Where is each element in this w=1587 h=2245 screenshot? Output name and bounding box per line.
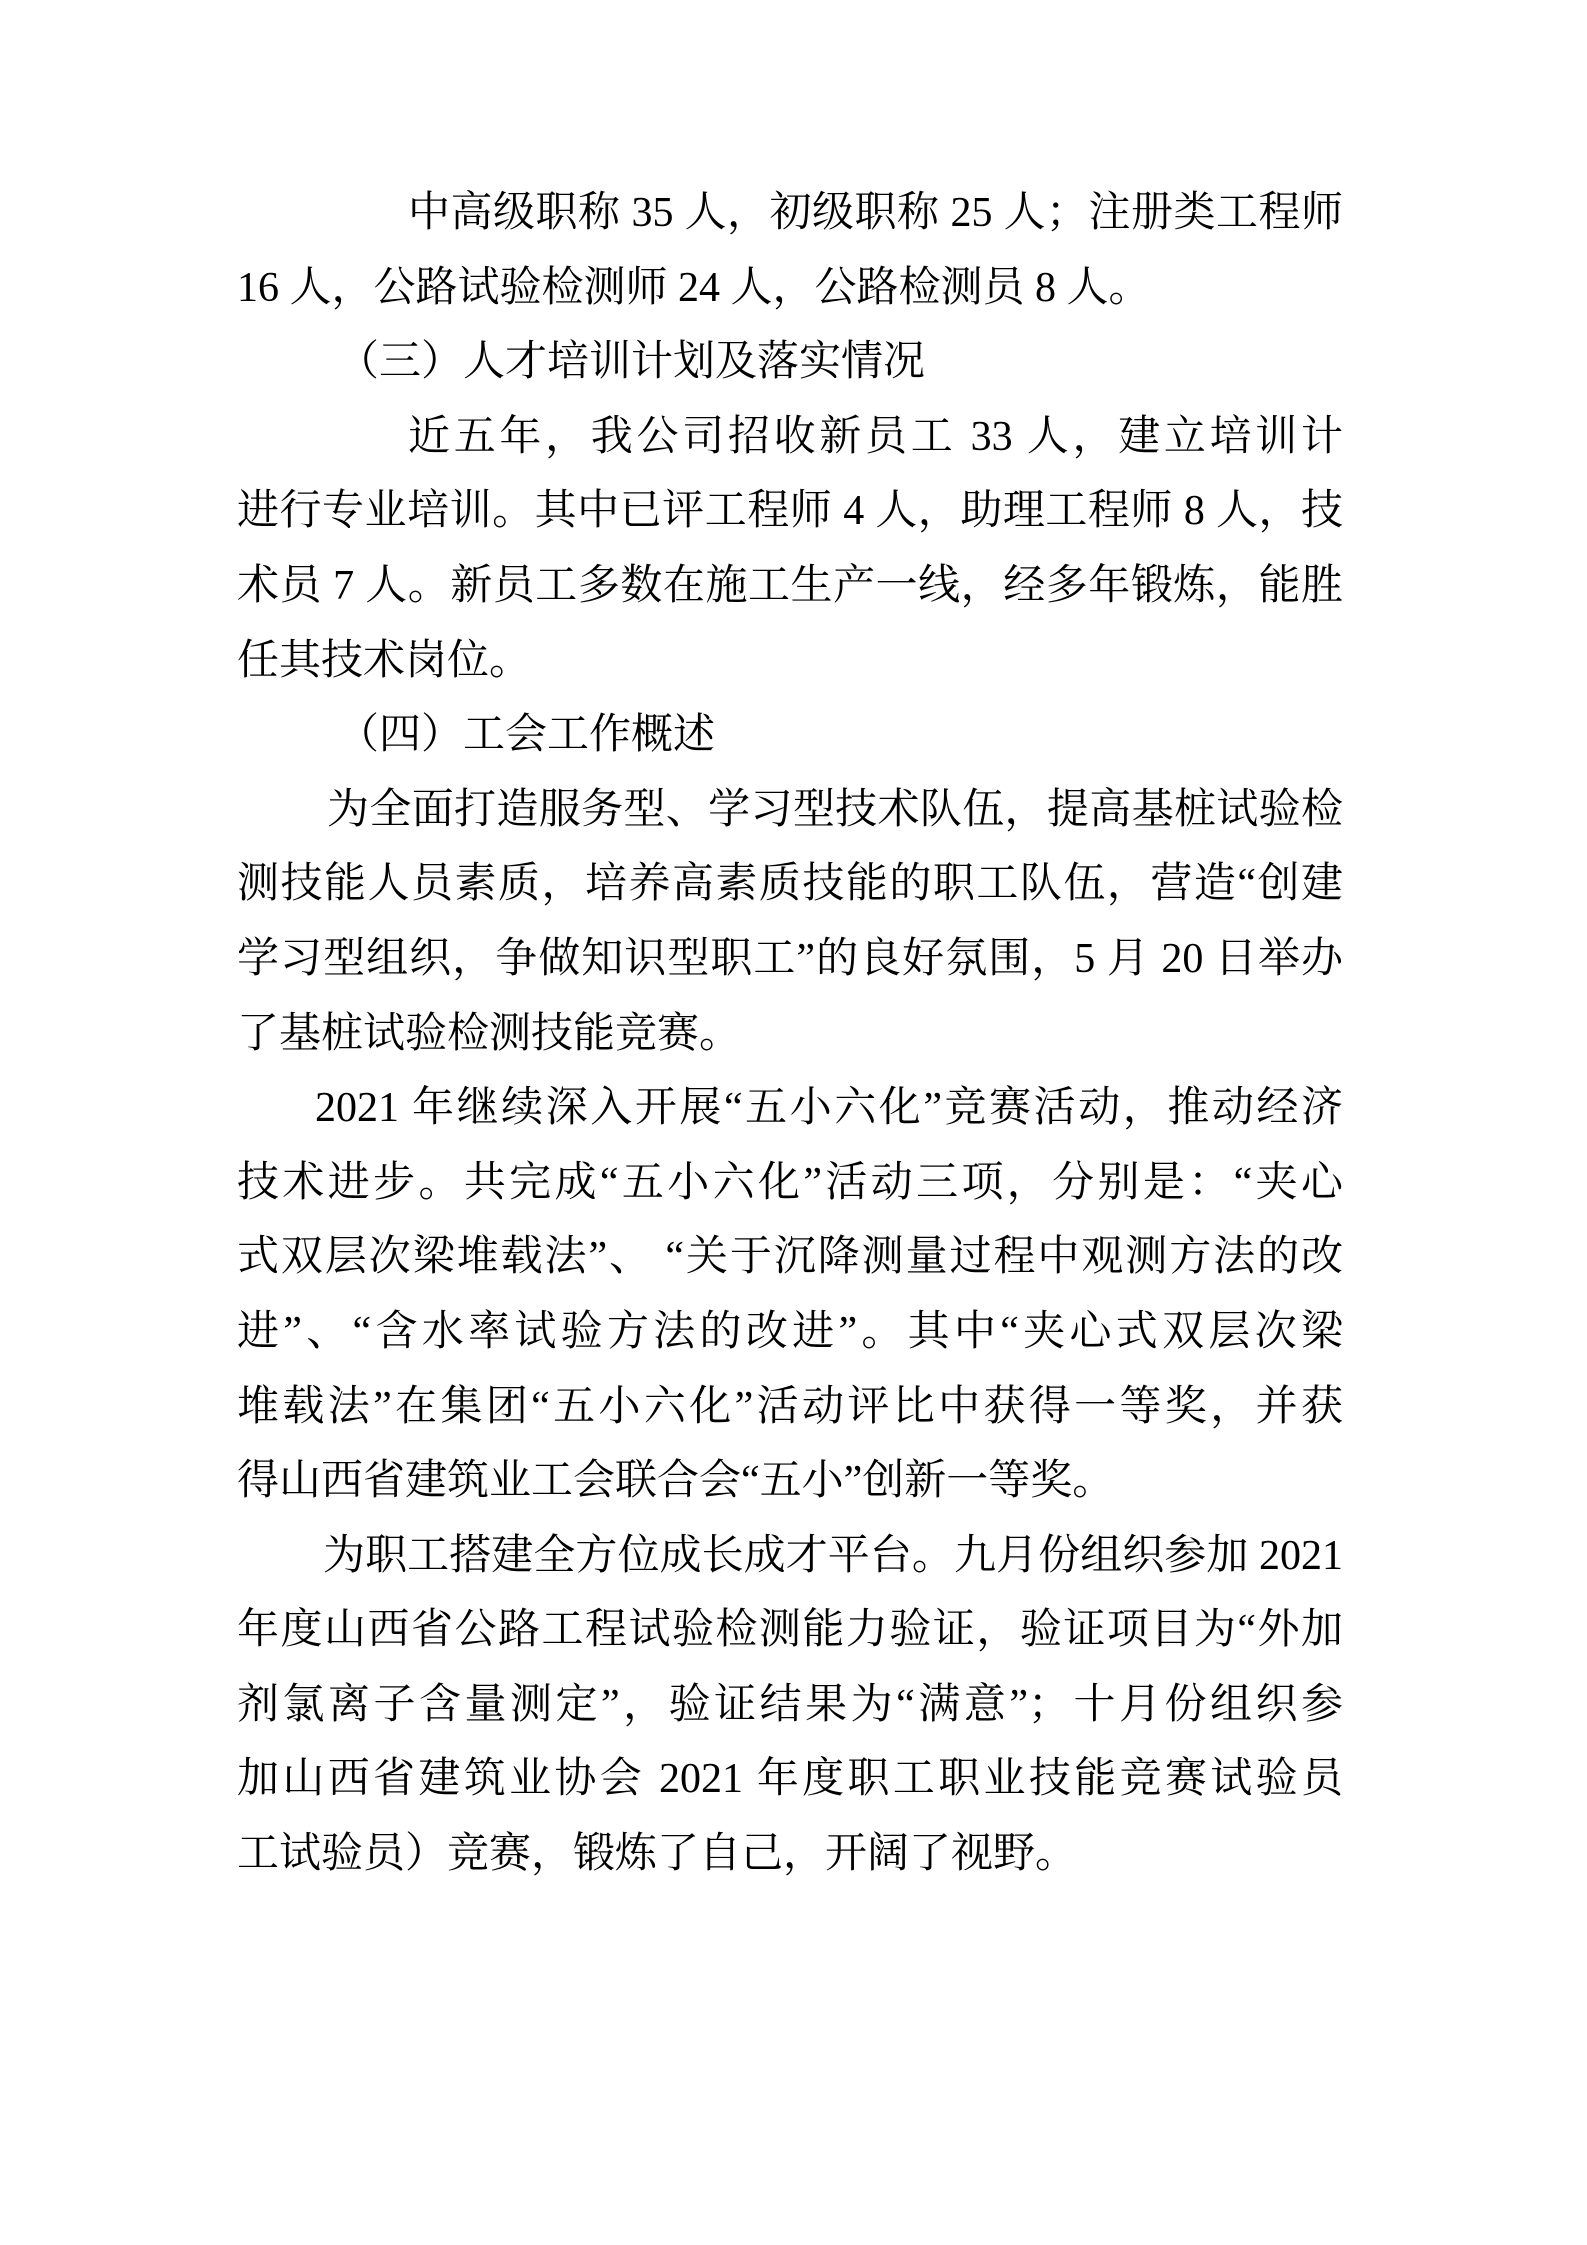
text-line: 了基桩试验检测技能竞赛。 [237, 997, 1343, 1072]
text-line: 近五年，我公司招收新员工 33 人，建立培训计划， [237, 400, 1343, 475]
text-line: 式双层次梁堆载法”、 “关于沉降测量过程中观测方法的改 [237, 1220, 1343, 1295]
text-line: 工试验员）竞赛，锻炼了自己，开阔了视野。 [237, 1817, 1343, 1892]
text-line: 学习型组织，争做知识型职工”的良好氛围，5 月 20 日举办 [237, 922, 1343, 997]
document-page: 中高级职称 35 人，初级职称 25 人；注册类工程师16 人，公路试验检测师 … [0, 0, 1587, 2245]
text-line: 中高级职称 35 人，初级职称 25 人；注册类工程师 [237, 176, 1343, 251]
text-line: （四）工会工作概述 [237, 698, 1343, 773]
text-line: 任其技术岗位。 [237, 624, 1343, 699]
text-line: 测技能人员素质，培养高素质技能的职工队伍，营造“创建 [237, 847, 1343, 922]
text-line: 堆载法”在集团“五小六化”活动评比中获得一等奖，并获 [237, 1370, 1343, 1445]
text-line: 进行专业培训。其中已评工程师 4 人，助理工程师 8 人，技 [237, 474, 1343, 549]
text-line: 得山西省建筑业工会联合会“五小”创新一等奖。 [237, 1444, 1343, 1519]
text-line: 进”、“含水率试验方法的改进”。其中“夹心式双层次梁 [237, 1295, 1343, 1370]
text-line: 16 人，公路试验检测师 24 人，公路检测员 8 人。 [237, 251, 1343, 326]
text-line: 技术进步。共完成“五小六化”活动三项，分别是：“夹心 [237, 1146, 1343, 1221]
text-block: 中高级职称 35 人，初级职称 25 人；注册类工程师16 人，公路试验检测师 … [237, 176, 1343, 1892]
text-line: 剂氯离子含量测定”，验证结果为“满意”；十月份组织参 [237, 1668, 1343, 1743]
text-line: （三）人才培训计划及落实情况 [237, 325, 1343, 400]
text-line: 2021 年继续深入开展“五小六化”竞赛活动，推动经济 [237, 1071, 1343, 1146]
text-line: 术员 7 人。新员工多数在施工生产一线，经多年锻炼，能胜 [237, 549, 1343, 624]
text-line: 为职工搭建全方位成长成才平台。九月份组织参加 2021 [237, 1519, 1343, 1594]
text-line: 年度山西省公路工程试验检测能力验证，验证项目为“外加 [237, 1593, 1343, 1668]
text-line: 加山西省建筑业协会 2021 年度职工职业技能竞赛试验员（土 [237, 1742, 1343, 1817]
text-line: 为全面打造服务型、学习型技术队伍，提高基桩试验检 [237, 773, 1343, 848]
